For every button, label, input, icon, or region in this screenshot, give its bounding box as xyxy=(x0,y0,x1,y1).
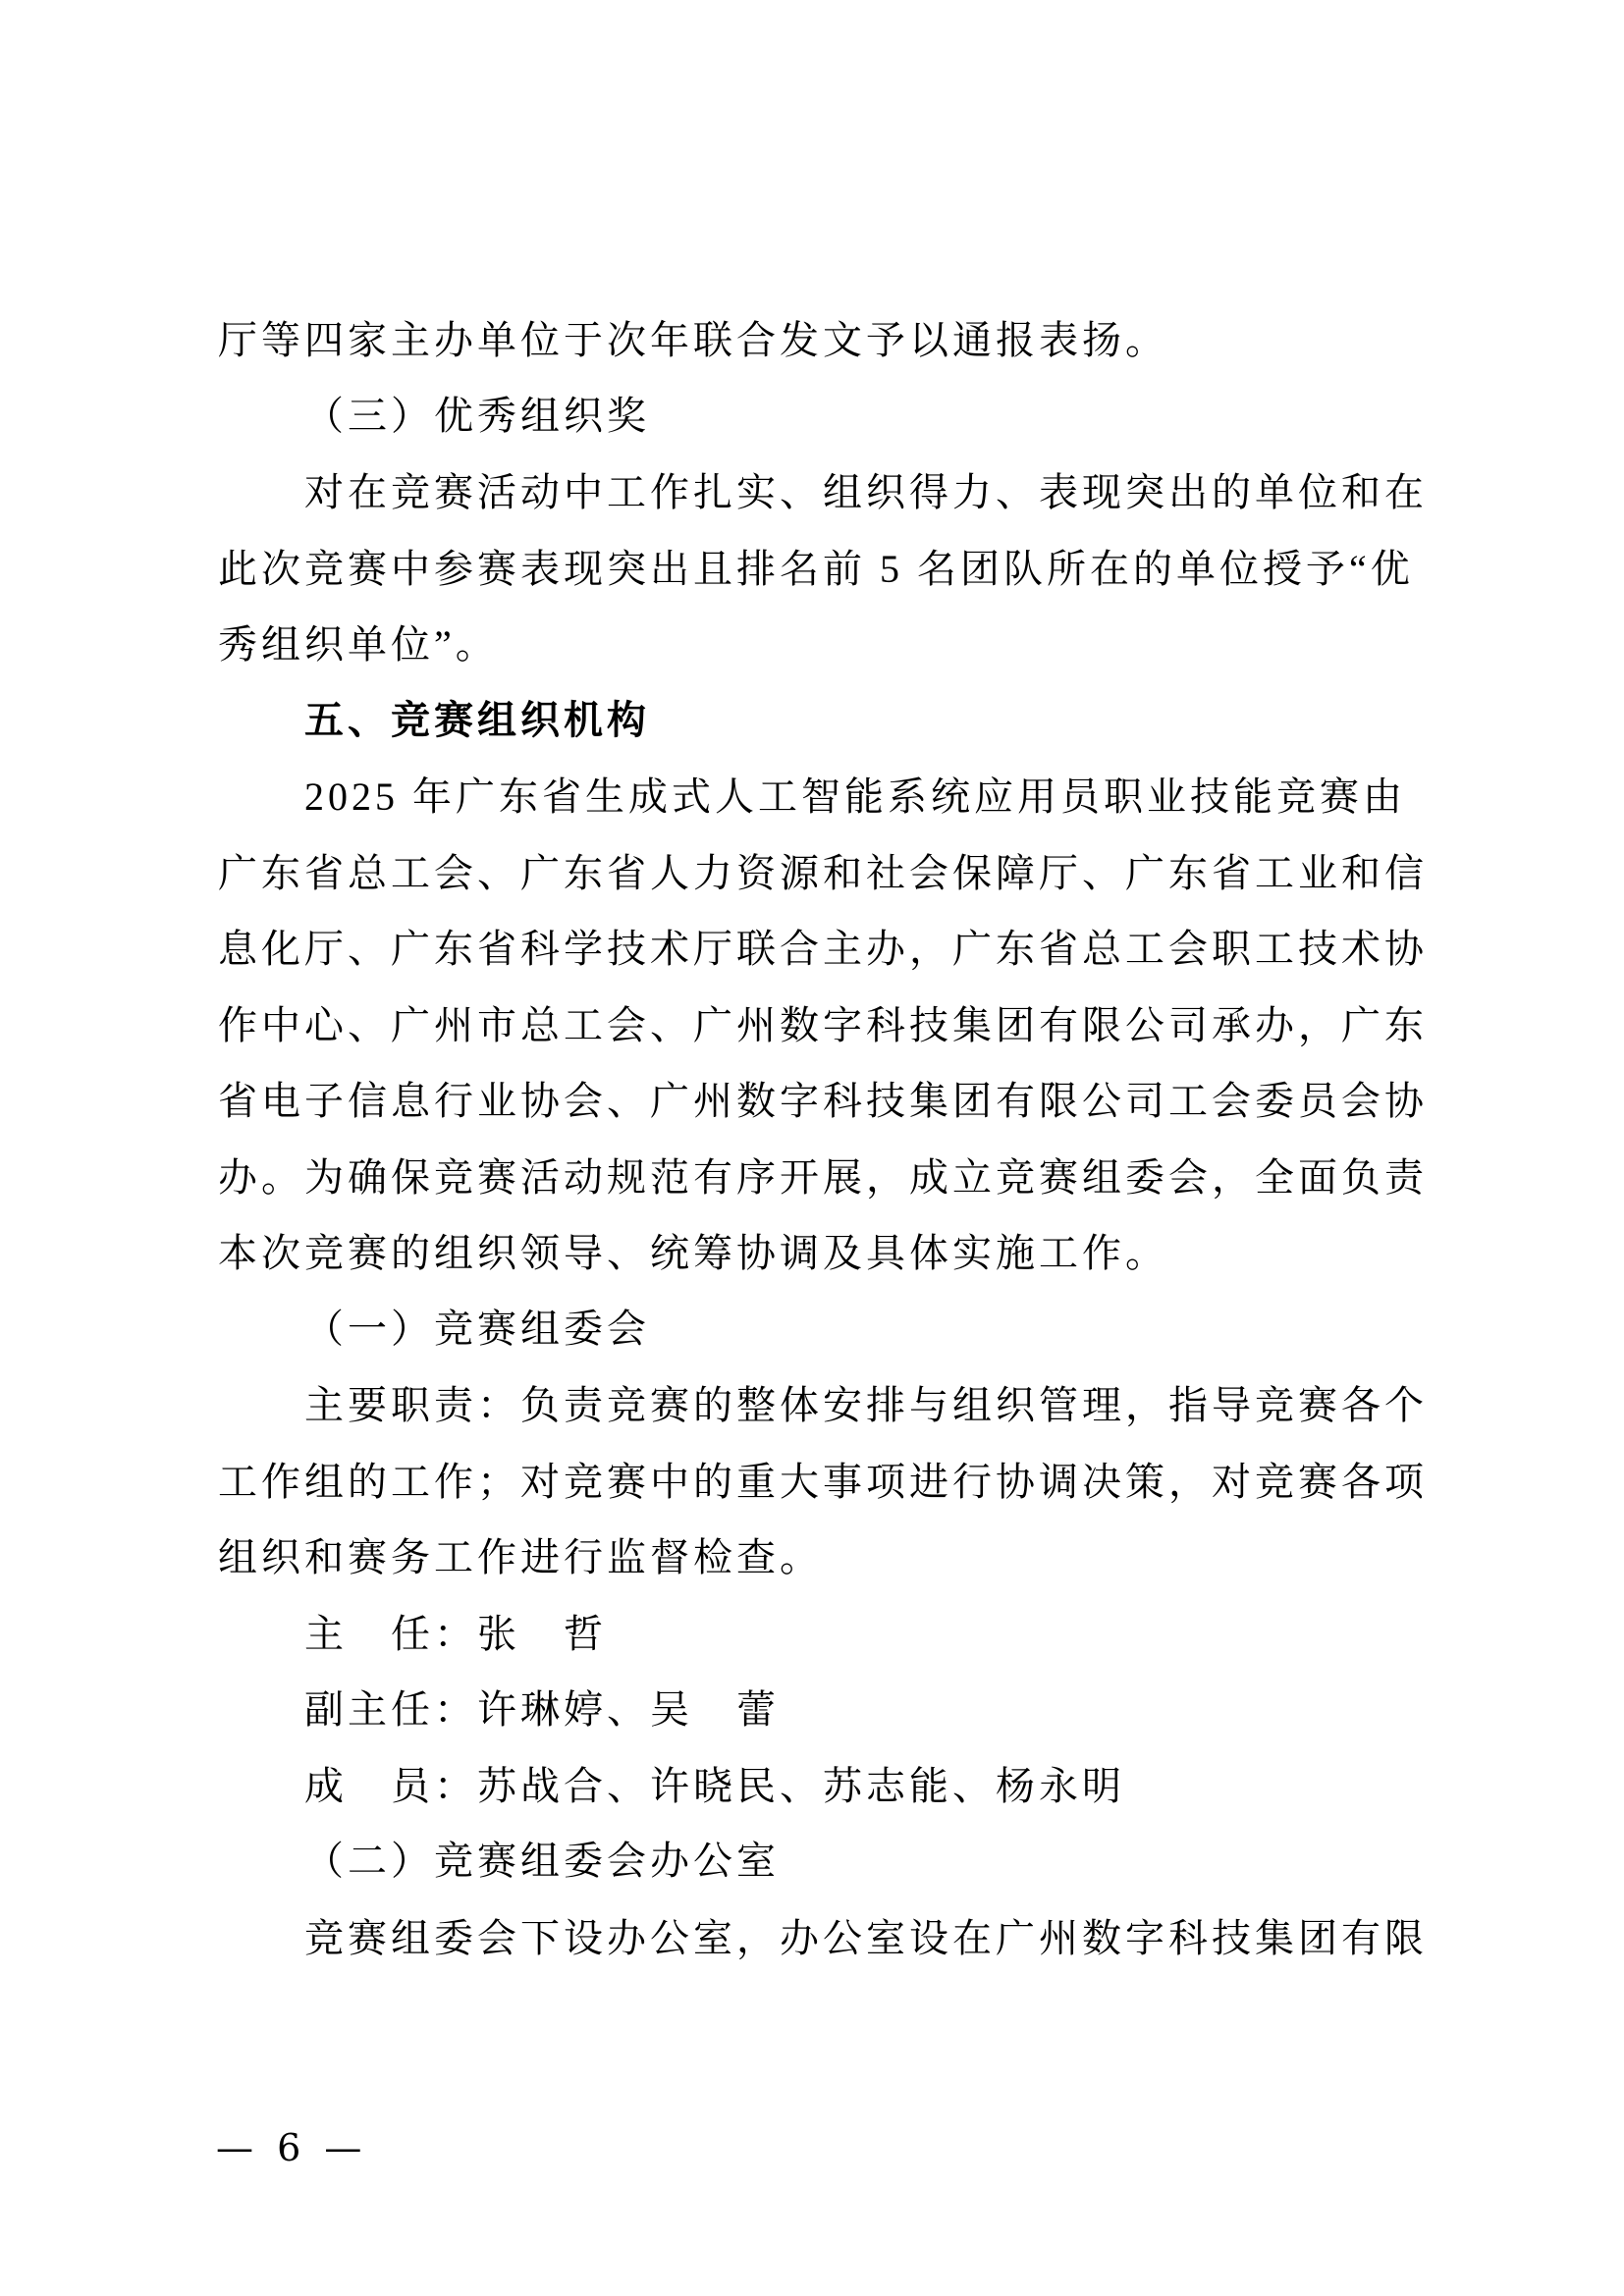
text-line: 办。为确保竞赛活动规范有序开展，成立竞赛组委会，全面负责 xyxy=(218,1140,1440,1216)
text-line: 此次竞赛中参赛表现突出且排名前 5 名团队所在的单位授予“优 xyxy=(218,531,1440,608)
text-line: 主要职责：负责竞赛的整体安排与组织管理，指导竞赛各个 xyxy=(218,1367,1440,1444)
text-line: 省电子信息行业协会、广州数字科技集团有限公司工会委员会协 xyxy=(218,1063,1440,1140)
text-line: 2025 年广东省生成式人工智能系统应用员职业技能竞赛由 xyxy=(218,759,1440,835)
text-line: 对在竞赛活动中工作扎实、组织得力、表现突出的单位和在 xyxy=(218,454,1440,531)
document-body: 厅等四家主办单位于次年联合发文予以通报表扬。（三）优秀组织奖对在竞赛活动中工作扎… xyxy=(218,302,1440,1976)
text-line: 工作组的工作；对竞赛中的重大事项进行协调决策，对竞赛各项 xyxy=(218,1444,1440,1521)
text-line: 秀组织单位”。 xyxy=(218,607,1440,683)
text-line: 副主任：许琳婷、吴 蕾 xyxy=(218,1672,1440,1748)
subsection-heading-line: （二）竞赛组委会办公室 xyxy=(218,1824,1440,1900)
section-heading-line: 五、竞赛组织机构 xyxy=(218,683,1440,760)
document-page: 厅等四家主办单位于次年联合发文予以通报表扬。（三）优秀组织奖对在竞赛活动中工作扎… xyxy=(0,0,1624,2296)
page-number: — 6 — xyxy=(216,2123,367,2172)
text-line: 组织和赛务工作进行监督检查。 xyxy=(218,1520,1440,1596)
text-line: 本次竞赛的组织领导、统筹协调及具体实施工作。 xyxy=(218,1215,1440,1292)
text-line: 作中心、广州市总工会、广州数字科技集团有限公司承办，广东 xyxy=(218,988,1440,1064)
subsection-heading-line: （一）竞赛组委会 xyxy=(218,1292,1440,1368)
subsection-heading-line: （三）优秀组织奖 xyxy=(218,379,1440,455)
text-line: 厅等四家主办单位于次年联合发文予以通报表扬。 xyxy=(218,302,1440,379)
text-line: 广东省总工会、广东省人力资源和社会保障厅、广东省工业和信 xyxy=(218,835,1440,912)
text-line: 竞赛组委会下设办公室，办公室设在广州数字科技集团有限 xyxy=(218,1900,1440,1977)
text-line: 主 任：张 哲 xyxy=(218,1596,1440,1673)
text-line: 息化厅、广东省科学技术厅联合主办，广东省总工会职工技术协 xyxy=(218,911,1440,988)
text-line: 成 员：苏战合、许晓民、苏志能、杨永明 xyxy=(218,1748,1440,1825)
